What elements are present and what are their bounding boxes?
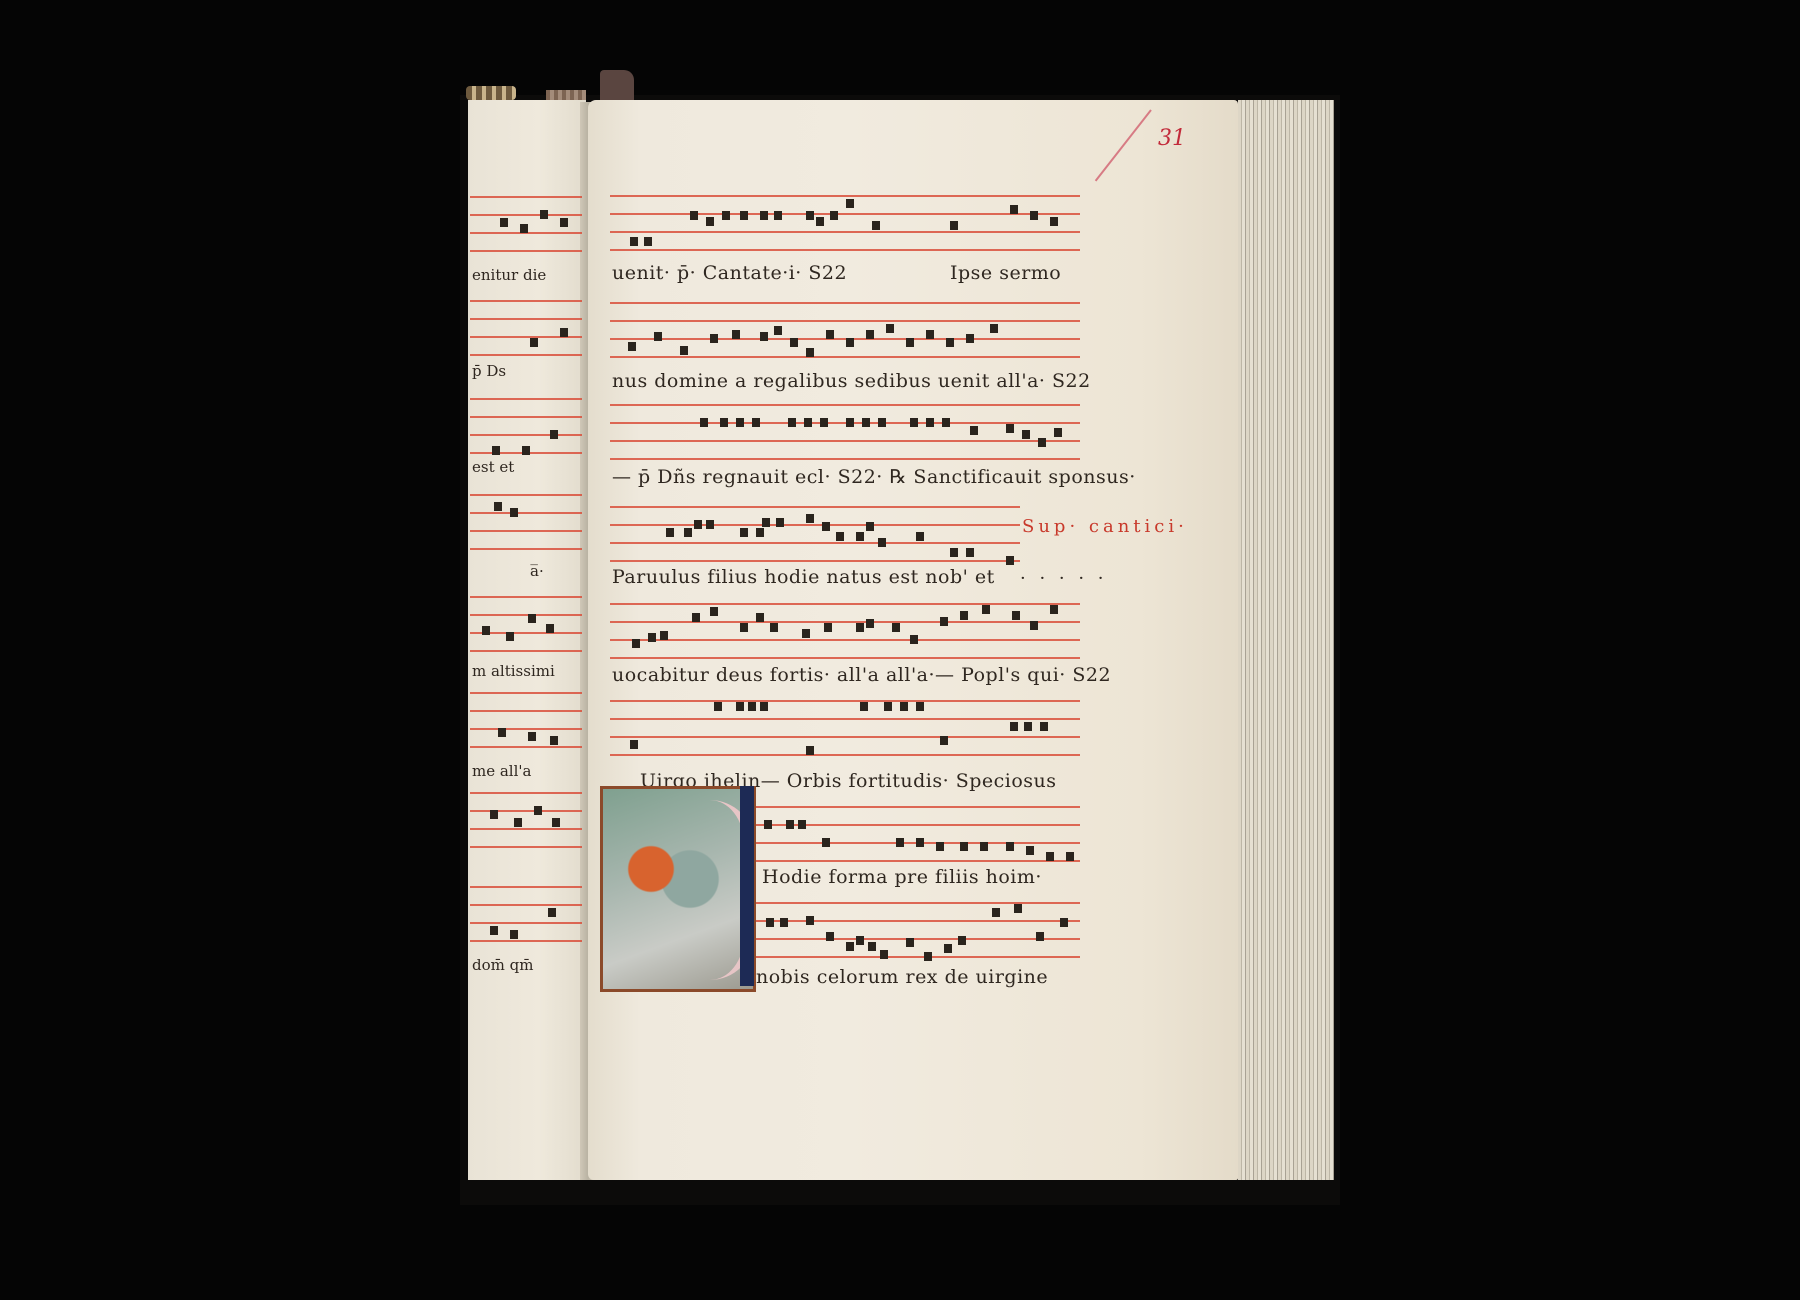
trailing-dots: · · · · · xyxy=(1020,568,1108,589)
staff-2 xyxy=(610,302,1080,360)
bookmark-ribbon xyxy=(600,70,634,102)
left-staff-5 xyxy=(470,596,582,654)
staff-3 xyxy=(610,404,1080,462)
left-fragment: est et xyxy=(472,458,514,476)
staff-4 xyxy=(610,506,1020,564)
left-staff-2 xyxy=(470,300,582,358)
left-fragment: enitur die xyxy=(472,266,546,284)
headband-left xyxy=(466,86,516,100)
chant-text-line: Hodie forma pre filiis hoim· xyxy=(762,866,1042,888)
margin-rubric: Sup· cantici· xyxy=(1022,516,1188,537)
chant-text-line: uenit· p̄· Cantate·i· S22 xyxy=(612,262,847,284)
chant-text-line: Paruulus filius hodie natus est nob' et xyxy=(612,566,995,588)
left-fragment: p̄ Ds xyxy=(472,362,506,380)
chant-text-continuation: Ipse sermo xyxy=(950,262,1061,284)
left-fragment: m altissimi xyxy=(472,662,555,680)
left-fragment: dom̄ qm̄ xyxy=(472,956,533,974)
staff-8 xyxy=(756,902,1080,960)
left-staff-1 xyxy=(470,196,582,254)
left-staff-7 xyxy=(470,792,582,850)
left-fragment: a̅· xyxy=(530,562,544,580)
staff-7 xyxy=(756,806,1080,864)
chant-text-line: — p̄ Dñs regnauit ecl· S22· ℞ Sanctifica… xyxy=(612,466,1136,488)
left-fragment: me all'a xyxy=(472,762,531,780)
page-edges xyxy=(1238,100,1334,1180)
left-staff-3 xyxy=(470,398,582,456)
folio-number: 31 xyxy=(1158,126,1186,151)
chant-text-line: nus domine a regalibus sedibus uenit all… xyxy=(612,370,1091,392)
initial-blue-border xyxy=(740,786,754,986)
left-staff-8 xyxy=(470,886,582,944)
chant-text-line: nobis celorum rex de uirgine xyxy=(756,966,1048,988)
chant-text-line: uocabitur deus fortis· all'a all'a·— Pop… xyxy=(612,664,1111,686)
staff-5 xyxy=(610,603,1080,661)
left-staff-4 xyxy=(470,494,582,552)
staff-1 xyxy=(610,195,1080,253)
staff-6 xyxy=(610,700,1080,758)
left-staff-6 xyxy=(470,692,582,750)
